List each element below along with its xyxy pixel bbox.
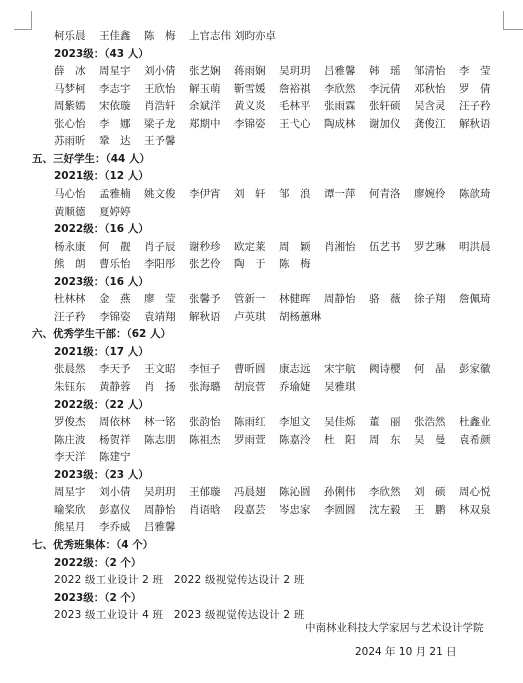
- name-entry: 胡宸菅: [234, 379, 279, 395]
- name-list-row: 周星宇刘小倩吴玥玥王郁璇冯晨翅陈沁圆孙俐伟李欣然刘 硕周心悦: [54, 484, 504, 500]
- grade-heading: 2023级：（23 人）: [54, 467, 149, 483]
- name-list-row: 张晨然李天予王文昭李恒子曹昕圆康志远宋宇航阙诗樱何 晶彭家徽: [54, 361, 504, 377]
- name-entry: 熊星月: [54, 519, 99, 535]
- name-entry: 李欣然: [369, 484, 414, 500]
- name-entry: 王文昭: [144, 361, 189, 377]
- name-entry: 彭家徽: [459, 361, 504, 377]
- name-entry: 吴玥玥: [144, 484, 189, 500]
- grade-heading: 2023级：（2 个）: [54, 590, 141, 606]
- name-entry: 汪子矜: [459, 98, 504, 114]
- name-entry: 陈 梅: [144, 28, 189, 44]
- class-list-text: 2022 级工业设计 2 班 2022 级视觉传达设计 2 班: [54, 572, 305, 588]
- name-entry: 陈志朋: [144, 432, 189, 448]
- name-entry: 廖婉伶: [414, 186, 459, 202]
- name-entry: 周心悦: [459, 484, 504, 500]
- name-entry: 乔瑜婕: [279, 379, 324, 395]
- name-entry: 孙俐伟: [324, 484, 369, 500]
- name-entry: 宋依璇: [99, 98, 144, 114]
- name-entry: 王佳鑫: [99, 28, 144, 44]
- name-entry: 李阳彤: [144, 256, 189, 272]
- page-corner-mark-left: [14, 11, 32, 30]
- name-entry: 王弋心: [279, 116, 324, 132]
- name-entry: 吴玥玥: [279, 63, 324, 79]
- name-list-row: 马心怡孟雅楠姚文俊李伊宵刘 轩邹 浪谭一萍何青洛廖婉伶陈歆琦: [54, 186, 504, 202]
- name-entry: 李天予: [99, 361, 144, 377]
- name-entry: 杨贺祥: [99, 432, 144, 448]
- name-entry: 陈沁圆: [279, 484, 324, 500]
- name-entry: 肖语晗: [189, 502, 234, 518]
- name-entry: 黄顺德: [54, 204, 99, 220]
- name-entry: 陈嘉泠: [279, 432, 324, 448]
- name-entry: 廖 莹: [144, 291, 189, 307]
- name-entry: 张韵怡: [189, 414, 234, 430]
- name-list-row: 朱钰东黄静蓉肖 扬张海璐胡宸菅乔瑜婕吴雅琪: [54, 379, 369, 395]
- grade-heading: 2022级：（16 人）: [54, 221, 149, 237]
- name-entry: 詹佩琦: [459, 291, 504, 307]
- name-entry: 韩 瑶: [369, 63, 414, 79]
- name-list-row: 黄顺德夏婷婷: [54, 204, 144, 220]
- signature-date: 2024 年 10 月 21 日: [355, 644, 457, 660]
- name-entry: 苏雨昕: [54, 133, 99, 149]
- name-entry: 董 丽: [369, 414, 414, 430]
- page-corner-mark-right: [503, 11, 523, 30]
- name-entry: 林一铭: [144, 414, 189, 430]
- name-entry: 毛林平: [279, 98, 324, 114]
- name-entry: 康志远: [279, 361, 324, 377]
- name-entry: 解秋语: [189, 309, 234, 325]
- name-entry: 周 东: [369, 432, 414, 448]
- name-list-row: 苏雨昕鞏 达王予馨: [54, 133, 189, 149]
- name-entry: 何青洛: [369, 186, 414, 202]
- name-entry: 薛 冰: [54, 63, 99, 79]
- name-list-row: 杜林林金 燕廖 莹张馨予管新一林健晖周静怡骆 薇徐子翔詹佩琦: [54, 291, 504, 307]
- name-entry: 姚文俊: [144, 186, 189, 202]
- name-entry: 上官志伟: [189, 28, 234, 44]
- section-heading: 七、优秀班集体：（4 个）: [32, 537, 153, 553]
- name-entry: 李天洋: [54, 449, 99, 465]
- name-entry: 杨永康: [54, 239, 99, 255]
- grade-heading: 2022级：（22 人）: [54, 397, 149, 413]
- name-entry: 靳雪媛: [234, 81, 279, 97]
- name-entry: 梁子龙: [144, 116, 189, 132]
- name-list-row: 柯乐晨王佳鑫陈 梅上官志伟刘昀亦卓: [54, 28, 279, 44]
- name-entry: 罗俊杰: [54, 414, 99, 430]
- name-entry: 袁靖翔: [144, 309, 189, 325]
- name-entry: 吴含灵: [414, 98, 459, 114]
- name-entry: 伍艺书: [369, 239, 414, 255]
- name-entry: 肖湘怡: [324, 239, 369, 255]
- name-entry: 张浩然: [414, 414, 459, 430]
- name-entry: 李 娜: [99, 116, 144, 132]
- name-entry: 周静怡: [324, 291, 369, 307]
- name-entry: 蒋雨娴: [234, 63, 279, 79]
- name-entry: 徐子翔: [414, 291, 459, 307]
- name-list-row: 张心怡李 娜梁子龙郑期中李锦姿王弋心陶成林谢加仪龚俊江解秋语: [54, 116, 504, 132]
- name-entry: 李锦姿: [234, 116, 279, 132]
- name-entry: 冯晨翅: [234, 484, 279, 500]
- name-entry: 李乔威: [99, 519, 144, 535]
- name-entry: 罗雨萱: [234, 432, 279, 448]
- name-entry: 孟雅楠: [99, 186, 144, 202]
- name-entry: 邓秋怡: [414, 81, 459, 97]
- name-entry: 王郁璇: [189, 484, 234, 500]
- name-entry: 肖 扬: [144, 379, 189, 395]
- name-entry: 陈雨红: [234, 414, 279, 430]
- name-entry: 杜鑫业: [459, 414, 504, 430]
- name-entry: 黄义炎: [234, 98, 279, 114]
- name-entry: 吕雅馨: [324, 63, 369, 79]
- name-entry: 卢英琪: [234, 309, 279, 325]
- name-entry: 陈建宁: [99, 449, 144, 465]
- name-list-row: 汪子矜李锦姿袁靖翔解秋语卢英琪胡杨蕙琳: [54, 309, 324, 325]
- name-list-row: 周紫嫣宋依璇肖浩轩余斌洋黄义炎毛林平张雨霖张轩硕吴含灵汪子矜: [54, 98, 504, 114]
- name-entry: 张馨予: [189, 291, 234, 307]
- name-entry: 金 燕: [99, 291, 144, 307]
- name-entry: 李沅倩: [369, 81, 414, 97]
- name-entry: 陶 于: [234, 256, 279, 272]
- signature-org: 中南林业科技大学家居与艺术设计学院: [305, 620, 484, 636]
- section-heading: 六、优秀学生干部：（62 人）: [32, 326, 171, 342]
- name-entry: 骆 薇: [369, 291, 414, 307]
- name-entry: 刘小倩: [144, 63, 189, 79]
- name-entry: 朱钰东: [54, 379, 99, 395]
- name-entry: 熊 朗: [54, 256, 99, 272]
- grade-heading: 2021级：（12 人）: [54, 168, 149, 184]
- name-entry: 周星宇: [99, 63, 144, 79]
- name-entry: 陈庄波: [54, 432, 99, 448]
- name-entry: 林双泉: [459, 502, 504, 518]
- section-heading: 五、三好学生：（44 人）: [32, 151, 150, 167]
- name-entry: 谢秒珍: [189, 239, 234, 255]
- name-entry: 李圆圆: [324, 502, 369, 518]
- name-entry: 张心怡: [54, 116, 99, 132]
- name-entry: 张雨霖: [324, 98, 369, 114]
- name-list-row: 熊 朗曹乐怡李阳彤张艺伶陶 于陈 梅: [54, 256, 324, 272]
- name-entry: 陈歆琦: [459, 186, 504, 202]
- name-entry: 李伊宵: [189, 186, 234, 202]
- name-entry: 刘 轩: [234, 186, 279, 202]
- name-entry: 周紫嫣: [54, 98, 99, 114]
- name-entry: 吴 曼: [414, 432, 459, 448]
- name-entry: 李 莹: [459, 63, 504, 79]
- name-entry: 王欣怡: [144, 81, 189, 97]
- name-entry: 马心怡: [54, 186, 99, 202]
- name-entry: 柯乐晨: [54, 28, 99, 44]
- name-entry: 吴雅琪: [324, 379, 369, 395]
- name-entry: 张海璐: [189, 379, 234, 395]
- name-entry: 解玉萌: [189, 81, 234, 97]
- name-entry: 李欣然: [324, 81, 369, 97]
- name-entry: 陶成林: [324, 116, 369, 132]
- name-entry: 罗 倩: [459, 81, 504, 97]
- name-entry: 岑忠家: [279, 502, 324, 518]
- name-entry: 曹乐怡: [99, 256, 144, 272]
- name-entry: 王予馨: [144, 133, 189, 149]
- name-entry: 马梦柯: [54, 81, 99, 97]
- name-entry: 李锦姿: [99, 309, 144, 325]
- name-entry: 罗艺琳: [414, 239, 459, 255]
- name-entry: 周依林: [99, 414, 144, 430]
- name-entry: 刘 硕: [414, 484, 459, 500]
- grade-heading: 2023级：（43 人）: [54, 46, 149, 62]
- name-entry: 詹裕祺: [279, 81, 324, 97]
- name-entry: 林健晖: [279, 291, 324, 307]
- name-entry: 阙诗樱: [369, 361, 414, 377]
- name-entry: 刘昀亦卓: [234, 28, 279, 44]
- name-entry: 张晨然: [54, 361, 99, 377]
- name-entry: 曹昕圆: [234, 361, 279, 377]
- name-entry: 段嘉芸: [234, 502, 279, 518]
- grade-heading: 2023级：（16 人）: [54, 274, 149, 290]
- name-entry: 何 靓: [99, 239, 144, 255]
- name-entry: 李旭文: [279, 414, 324, 430]
- name-entry: 沈左毅: [369, 502, 414, 518]
- name-entry: 欧定莱: [234, 239, 279, 255]
- name-list-row: 喻桨欣彭嘉仪周静怡肖语晗段嘉芸岑忠家李圆圆沈左毅王 鹏林双泉: [54, 502, 504, 518]
- name-entry: 周星宇: [54, 484, 99, 500]
- name-entry: 胡杨蕙琳: [279, 309, 324, 325]
- name-entry: 陈 梅: [279, 256, 324, 272]
- name-entry: 杜林林: [54, 291, 99, 307]
- name-list-row: 陈庄波杨贺祥陈志朋陈祖杰罗雨萱陈嘉泠杜 阳周 东吴 曼袁希颜: [54, 432, 504, 448]
- name-entry: 喻桨欣: [54, 502, 99, 518]
- name-list-row: 薛 冰周星宇刘小倩张艺娴蒋雨娴吴玥玥吕雅馨韩 瑶邹清怡李 莹: [54, 63, 504, 79]
- name-list-row: 熊星月李乔威吕雅馨: [54, 519, 189, 535]
- name-entry: 夏婷婷: [99, 204, 144, 220]
- name-entry: 吴佳烁: [324, 414, 369, 430]
- name-entry: 谢加仪: [369, 116, 414, 132]
- name-entry: 李恒子: [189, 361, 234, 377]
- name-list-row: 杨永康何 靓肖子辰谢秒珍欧定莱周 颖肖湘怡伍艺书罗艺琳明洪晨: [54, 239, 504, 255]
- name-entry: 袁希颜: [459, 432, 504, 448]
- name-entry: 解秋语: [459, 116, 504, 132]
- name-entry: 明洪晨: [459, 239, 504, 255]
- name-entry: 郑期中: [189, 116, 234, 132]
- grade-heading: 2021级：（17 人）: [54, 344, 149, 360]
- name-entry: 宋宇航: [324, 361, 369, 377]
- name-entry: 彭嘉仪: [99, 502, 144, 518]
- name-entry: 谭一萍: [324, 186, 369, 202]
- name-entry: 张艺娴: [189, 63, 234, 79]
- name-entry: 张艺伶: [189, 256, 234, 272]
- name-list-row: 李天洋陈建宁: [54, 449, 144, 465]
- name-entry: 余斌洋: [189, 98, 234, 114]
- name-entry: 吕雅馨: [144, 519, 189, 535]
- name-entry: 张轩硕: [369, 98, 414, 114]
- name-list-row: 罗俊杰周依林林一铭张韵怡陈雨红李旭文吴佳烁董 丽张浩然杜鑫业: [54, 414, 504, 430]
- name-entry: 杜 阳: [324, 432, 369, 448]
- name-entry: 刘小倩: [99, 484, 144, 500]
- name-entry: 肖浩轩: [144, 98, 189, 114]
- name-entry: 黄静蓉: [99, 379, 144, 395]
- name-entry: 周 颖: [279, 239, 324, 255]
- name-entry: 管新一: [234, 291, 279, 307]
- name-list-row: 马梦柯李志宇王欣怡解玉萌靳雪媛詹裕祺李欣然李沅倩邓秋怡罗 倩: [54, 81, 504, 97]
- name-entry: 周静怡: [144, 502, 189, 518]
- name-entry: 汪子矜: [54, 309, 99, 325]
- name-entry: 王 鹏: [414, 502, 459, 518]
- class-list-text: 2023 级工业设计 4 班 2023 级视觉传达设计 2 班: [54, 607, 305, 623]
- name-entry: 何 晶: [414, 361, 459, 377]
- name-entry: 鞏 达: [99, 133, 144, 149]
- name-entry: 李志宇: [99, 81, 144, 97]
- name-entry: 邹清怡: [414, 63, 459, 79]
- name-entry: 陈祖杰: [189, 432, 234, 448]
- grade-heading: 2022级：（2 个）: [54, 555, 141, 571]
- name-entry: 肖子辰: [144, 239, 189, 255]
- name-entry: 邹 浪: [279, 186, 324, 202]
- name-entry: 龚俊江: [414, 116, 459, 132]
